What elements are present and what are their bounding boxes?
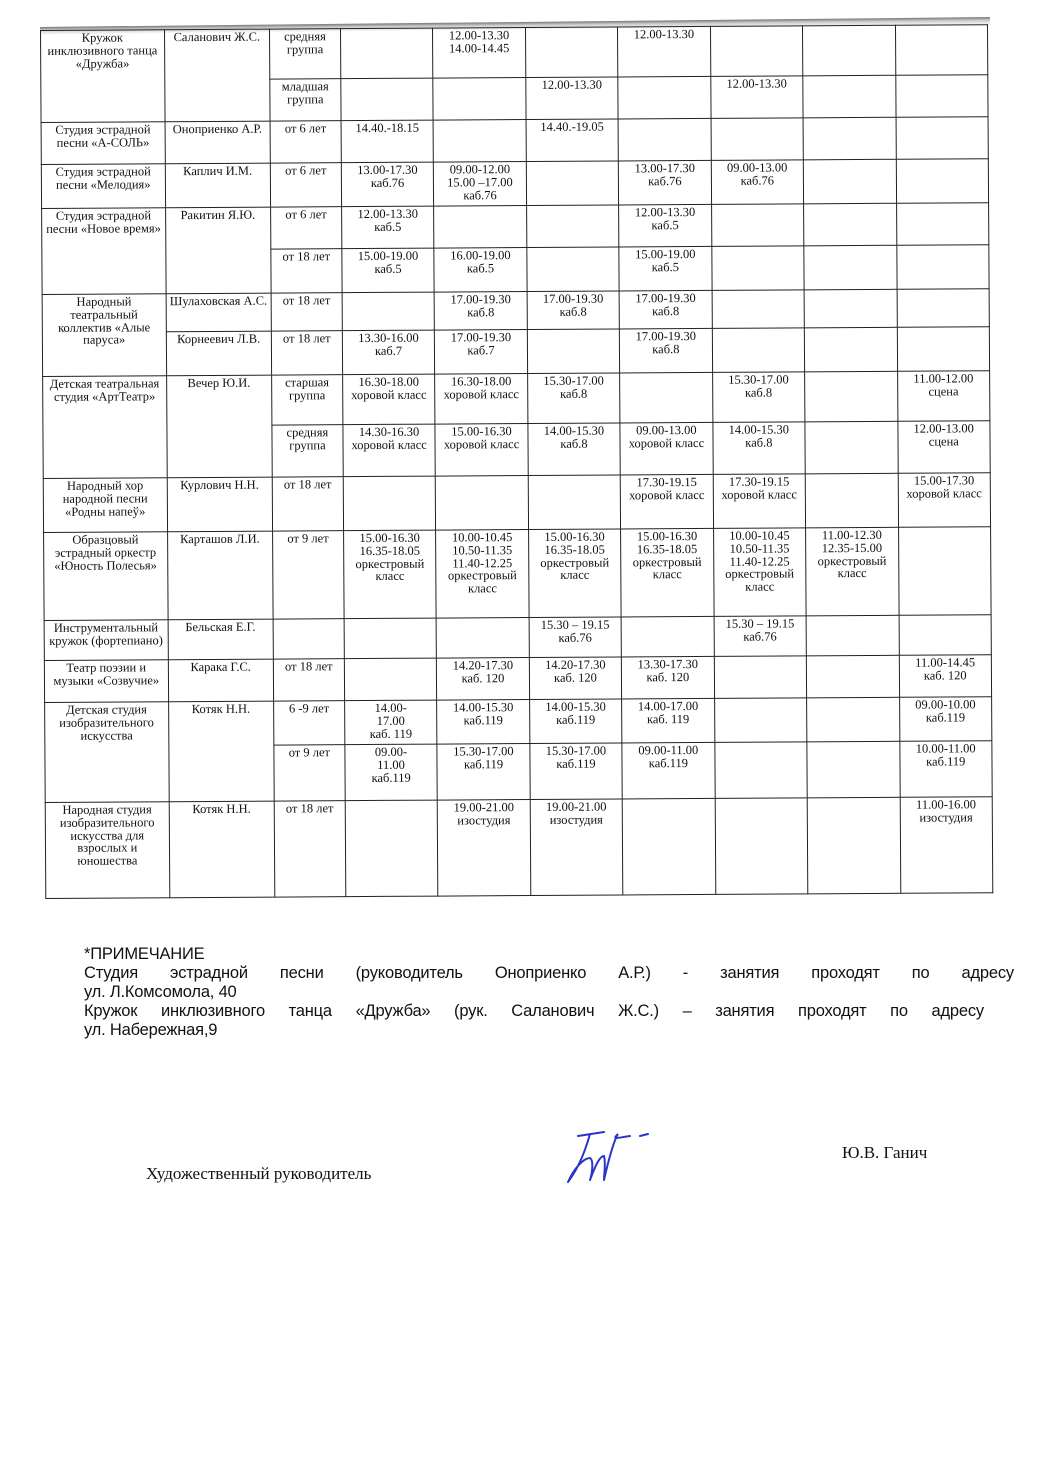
schedule-cell xyxy=(803,117,896,160)
schedule-cell: 17.00-19.30 каб.8 xyxy=(527,291,620,330)
table-row: Детская студия изобразительного искусств… xyxy=(45,697,992,747)
schedule-cell xyxy=(897,289,990,328)
age-group-cell: 6 -9 лет xyxy=(274,701,345,745)
leader-cell: Карака Г.С. xyxy=(168,659,274,702)
age-group-cell: средняя группа xyxy=(269,29,340,79)
schedule-cell: 14.40.-19.05 xyxy=(526,119,619,162)
schedule-cell: 16.30-18.00 хоровой класс xyxy=(342,374,435,425)
schedule-cell xyxy=(344,658,437,701)
schedule-cell xyxy=(803,25,896,76)
age-group-cell: средняя группа xyxy=(272,425,343,477)
schedule-cell: 15.30 – 19.15 каб.76 xyxy=(714,616,807,657)
schedule-cell: 14.00-15.30 каб.8 xyxy=(528,423,621,476)
leader-cell: Вечер Ю.И. xyxy=(166,375,272,478)
schedule-cell: 17.00-19.30 каб.8 xyxy=(619,290,712,329)
note-line: ул. Набережная,9 xyxy=(84,1021,1014,1040)
schedule-cell: 15.30-17.00 каб.8 xyxy=(712,372,805,423)
club-name-cell: Инструментальный кружок (фортепиано) xyxy=(44,620,168,661)
schedule-cell xyxy=(804,289,897,328)
table-row: Студия эстрадной песни «Мелодия»Каплич И… xyxy=(41,159,988,209)
schedule-cell: 10.00-11.00 каб.119 xyxy=(899,741,992,798)
schedule-cell: 15.30-17.00 каб.8 xyxy=(527,373,620,424)
age-group-cell: от 18 лет xyxy=(273,659,344,701)
age-group-cell: от 18 лет xyxy=(271,293,342,331)
schedule-cell xyxy=(620,372,713,423)
age-group-cell: от 18 лет xyxy=(274,801,346,897)
schedule-cell xyxy=(712,290,805,329)
schedule-cell: 15.00-16.30 16.35-18.05 оркестровый клас… xyxy=(343,530,436,619)
leader-cell: Каплич И.М. xyxy=(165,163,271,208)
table-row: Детская театральная студия «АртТеатр»Веч… xyxy=(43,371,990,427)
schedule-cell xyxy=(710,26,803,77)
schedule-cell: 13.00-17.30 каб.76 xyxy=(341,162,434,207)
age-group-cell: от 18 лет xyxy=(271,249,342,293)
schedule-cell xyxy=(806,655,899,698)
schedule-cell: 09.00-13.00 хоровой класс xyxy=(620,422,713,475)
schedule-cell xyxy=(711,204,804,247)
table-row: Инструментальный кружок (фортепиано)Бель… xyxy=(44,615,991,661)
schedule-cell xyxy=(527,329,620,374)
schedule-cell: 17.30-19.15 хоровой класс xyxy=(620,474,713,529)
schedule-cell xyxy=(807,697,900,742)
schedule-cell: 14.00-15.30 каб.119 xyxy=(529,699,622,744)
schedule-cell xyxy=(805,421,898,474)
schedule-cell xyxy=(806,615,899,656)
schedule-cell xyxy=(896,203,989,246)
schedule-cell: 14.20-17.30 каб. 120 xyxy=(529,657,622,700)
schedule-cell: 17.00-19.30 каб.7 xyxy=(435,330,528,375)
schedule-cell xyxy=(433,120,526,163)
schedule-cell xyxy=(528,475,621,530)
schedule-table: Кружок инклюзивного танца «Дружба»Салано… xyxy=(40,24,993,899)
schedule-cell xyxy=(896,159,989,204)
schedule-cell: 17.00-19.30 каб.8 xyxy=(434,292,527,331)
schedule-cell xyxy=(896,117,989,160)
schedule-cell: 09.00-13.00 каб.76 xyxy=(711,160,804,205)
schedule-cell: 09.00- 11.00 каб.119 xyxy=(345,744,438,801)
leader-cell: Бельская Е.Г. xyxy=(168,619,274,660)
schedule-cell: 10.00-10.45 10.50-11.35 11.40-12.25 орке… xyxy=(713,528,806,617)
signatory-role: Художественный руководитель xyxy=(146,1164,371,1184)
club-name-cell: Народная студия изобразительного искусст… xyxy=(45,802,169,899)
club-name-cell: Студия эстрадной песни «Мелодия» xyxy=(41,164,165,209)
schedule-cell: 11.00-12.30 12.35-15.00 оркестровый клас… xyxy=(806,527,899,616)
club-name-cell: Детская театральная студия «АртТеатр» xyxy=(43,376,167,479)
schedule-cell xyxy=(343,476,436,531)
schedule-cell: 15.30-17.00 каб.119 xyxy=(530,743,623,800)
table-row: Кружок инклюзивного танца «Дружба»Салано… xyxy=(41,25,988,81)
schedule-cell: 10.00-10.45 10.50-11.35 11.40-12.25 орке… xyxy=(436,530,529,619)
schedule-cell xyxy=(433,78,526,121)
schedule-cell xyxy=(526,161,619,206)
schedule-cell xyxy=(807,797,900,894)
club-name-cell: Народный хор народной песни «Родны напеў… xyxy=(43,478,167,533)
schedule-cell xyxy=(711,118,804,161)
schedule-cell xyxy=(712,328,805,373)
age-group-cell: старшая группа xyxy=(272,375,343,425)
schedule-cell xyxy=(436,618,529,659)
schedule-cell: 14.00-15.30 каб.8 xyxy=(713,422,806,475)
schedule-cell: 15.00-16.30 16.35-18.05 оркестровый клас… xyxy=(621,528,714,617)
schedule-cell xyxy=(436,476,529,531)
schedule-cell xyxy=(715,798,808,895)
club-name-cell: Детская студия изобразительного искусств… xyxy=(45,702,169,803)
leader-cell: Котяк Н.Н. xyxy=(169,801,275,898)
age-group-cell: от 18 лет xyxy=(272,477,343,531)
leader-cell: Оноприенко А.Р. xyxy=(165,121,271,164)
leader-cell: Карташов Л.И. xyxy=(167,531,273,620)
schedule-cell: 16.00-19.00 каб.5 xyxy=(434,248,527,293)
table-row: Корнеевич Л.В.от 18 лет13.30-16.00 каб.7… xyxy=(42,327,989,377)
schedule-cell: 12.00-13.30 каб.5 xyxy=(619,204,712,247)
leader-cell: Курлович Н.Н. xyxy=(167,477,273,532)
table-row: Студия эстрадной песни «Новое время»Раки… xyxy=(42,203,989,251)
schedule-cell: 15.00-16.30 16.35-18.05 оркестровый клас… xyxy=(528,529,621,618)
schedule-cell xyxy=(805,473,898,528)
schedule-cell xyxy=(804,327,897,372)
schedule-cell xyxy=(895,75,988,118)
document-page: Кружок инклюзивного танца «Дружба»Салано… xyxy=(0,0,1060,1459)
schedule-cell xyxy=(714,742,807,799)
notes-block: *ПРИМЕЧАНИЕ Студия эстрадной песни (руко… xyxy=(84,945,1014,1040)
schedule-cell: 14.00-17.00 каб. 119 xyxy=(622,698,715,743)
schedule-cell xyxy=(803,75,896,118)
schedule-cell: 09.00-10.00 каб.119 xyxy=(899,697,992,742)
schedule-cell: 14.00- 17.00 каб. 119 xyxy=(344,700,437,745)
leader-cell: Котяк Н.Н. xyxy=(168,701,274,802)
schedule-cell xyxy=(897,327,990,372)
age-group-cell: от 9 лет xyxy=(274,745,345,801)
club-name-cell: Народный театральный коллектив «Алые пар… xyxy=(42,294,166,377)
schedule-cell xyxy=(714,698,807,743)
schedule-cell xyxy=(711,246,804,291)
schedule-cell: 17.30-19.15 хоровой класс xyxy=(713,474,806,529)
schedule-cell xyxy=(525,27,618,78)
schedule-cell: 11.00-12.00 сцена xyxy=(897,371,990,422)
schedule-cell xyxy=(622,798,715,895)
leader-cell: Ракитин Я.Ю. xyxy=(165,207,271,294)
schedule-cell xyxy=(805,371,898,422)
schedule-cell xyxy=(526,205,619,248)
schedule-cell xyxy=(803,159,896,204)
schedule-cell: 12.00-13.30 xyxy=(618,26,711,77)
club-name-cell: Образцовый эстрадный оркестр «Юность Пол… xyxy=(44,532,168,621)
schedule-cell: 16.30-18.00 хоровой класс xyxy=(435,374,528,425)
schedule-cell xyxy=(714,656,807,699)
schedule-cell: 12.00-13.30 14.00-14.45 xyxy=(433,28,526,79)
club-name-cell: Кружок инклюзивного танца «Дружба» xyxy=(41,30,165,123)
club-name-cell: Студия эстрадной песни «А-СОЛЬ» xyxy=(41,122,165,165)
schedule-cell: 13.30-17.30 каб. 120 xyxy=(622,656,715,699)
note-line: ул. Л.Комсомола, 40 xyxy=(84,983,1014,1002)
leader-cell: Саланович Ж.С. xyxy=(164,29,270,122)
schedule-cell: 09.00-12.00 15.00 –17.00 каб.76 xyxy=(434,162,527,207)
age-group-cell: от 6 лет xyxy=(270,121,341,163)
schedule-cell xyxy=(804,245,897,290)
schedule-cell xyxy=(899,615,992,656)
age-group-cell: от 9 лет xyxy=(273,531,344,619)
schedule-cell xyxy=(340,28,433,79)
schedule-cell: 13.00-17.30 каб.76 xyxy=(618,160,711,205)
schedule-cell xyxy=(898,527,991,616)
schedule-cell: 15.00-17.30 хоровой класс xyxy=(898,473,991,528)
schedule-cell: 11.00-14.45 каб. 120 xyxy=(899,655,992,698)
schedule-cell: 15.00-19.00 каб.5 xyxy=(619,246,712,291)
age-group-cell xyxy=(273,619,344,659)
schedule-cell xyxy=(434,206,527,249)
age-group-cell: от 18 лет xyxy=(271,331,342,375)
signature-icon xyxy=(560,1128,670,1188)
age-group-cell: от 6 лет xyxy=(270,163,341,207)
notes-heading: *ПРИМЕЧАНИЕ xyxy=(84,945,1014,964)
schedule-cell: 19.00-21.00 изостудия xyxy=(438,800,531,897)
schedule-cell xyxy=(804,203,897,246)
schedule-cell: 14.40.-18.15 xyxy=(341,120,434,163)
schedule-cell: 14.20-17.30 каб. 120 xyxy=(437,658,530,701)
schedule-cell xyxy=(344,618,437,659)
schedule-cell: 19.00-21.00 изостудия xyxy=(530,799,623,896)
club-name-cell: Театр поэзии и музыки «Созвучие» xyxy=(44,660,168,703)
schedule-cell xyxy=(341,78,434,121)
schedule-cell: 17.00-19.30 каб.8 xyxy=(620,328,713,373)
schedule-cell xyxy=(807,741,900,798)
schedule-cell: 15.30-17.00 каб.119 xyxy=(437,744,530,801)
schedule-cell xyxy=(342,292,435,331)
schedule-cell xyxy=(621,616,714,657)
schedule-cell: 15.00-19.00 каб.5 xyxy=(342,248,435,293)
schedule-cell: 11.00-16.00 изостудия xyxy=(900,797,993,894)
note-line: Студия эстрадной песни (руководитель Оно… xyxy=(84,964,1014,983)
schedule-cell xyxy=(618,118,711,161)
schedule-cell: 15.30 – 19.15 каб.76 xyxy=(529,617,622,658)
schedule-cell: 14.00-15.30 каб.119 xyxy=(437,700,530,745)
club-name-cell: Студия эстрадной песни «Новое время» xyxy=(42,208,166,295)
schedule-cell xyxy=(527,247,620,292)
table-row: Образцовый эстрадный оркестр «Юность Пол… xyxy=(44,527,992,621)
schedule-cell xyxy=(345,800,438,897)
table-row: Театр поэзии и музыки «Созвучие»Карака Г… xyxy=(44,655,991,703)
schedule-cell: 12.00-13.30 каб.5 xyxy=(341,206,434,249)
signatory-name: Ю.В. Ганич xyxy=(842,1143,927,1163)
schedule-cell xyxy=(895,25,988,76)
schedule-cell: 14.30-16.30 хоровой класс xyxy=(343,424,436,477)
schedule-cell xyxy=(896,245,989,290)
schedule-cell: 15.00-16.30 хоровой класс xyxy=(435,424,528,477)
schedule-cell: 12.00-13.00 сцена xyxy=(897,421,990,474)
table-row: Народный театральный коллектив «Алые пар… xyxy=(42,289,989,333)
leader-cell: Корнеевич Л.В. xyxy=(166,331,272,376)
schedule-cell: 12.00-13.30 xyxy=(710,76,803,119)
note-line: Кружок инклюзивного танца «Дружба» (рук.… xyxy=(84,1002,984,1021)
table-row: Народный хор народной песни «Родны напеў… xyxy=(43,473,990,533)
schedule-cell: 12.00-13.30 xyxy=(526,77,619,120)
table-row: Народная студия изобразительного искусст… xyxy=(45,797,993,899)
schedule-cell: 13.30-16.00 каб.7 xyxy=(342,330,435,375)
age-group-cell: младшая группа xyxy=(270,79,341,121)
leader-cell: Шулаховская А.С. xyxy=(166,293,272,332)
table-row: Студия эстрадной песни «А-СОЛЬ»Оноприенк… xyxy=(41,117,988,165)
schedule-cell: 09.00-11.00 каб.119 xyxy=(622,742,715,799)
age-group-cell: от 6 лет xyxy=(271,207,342,249)
schedule-cell xyxy=(618,76,711,119)
